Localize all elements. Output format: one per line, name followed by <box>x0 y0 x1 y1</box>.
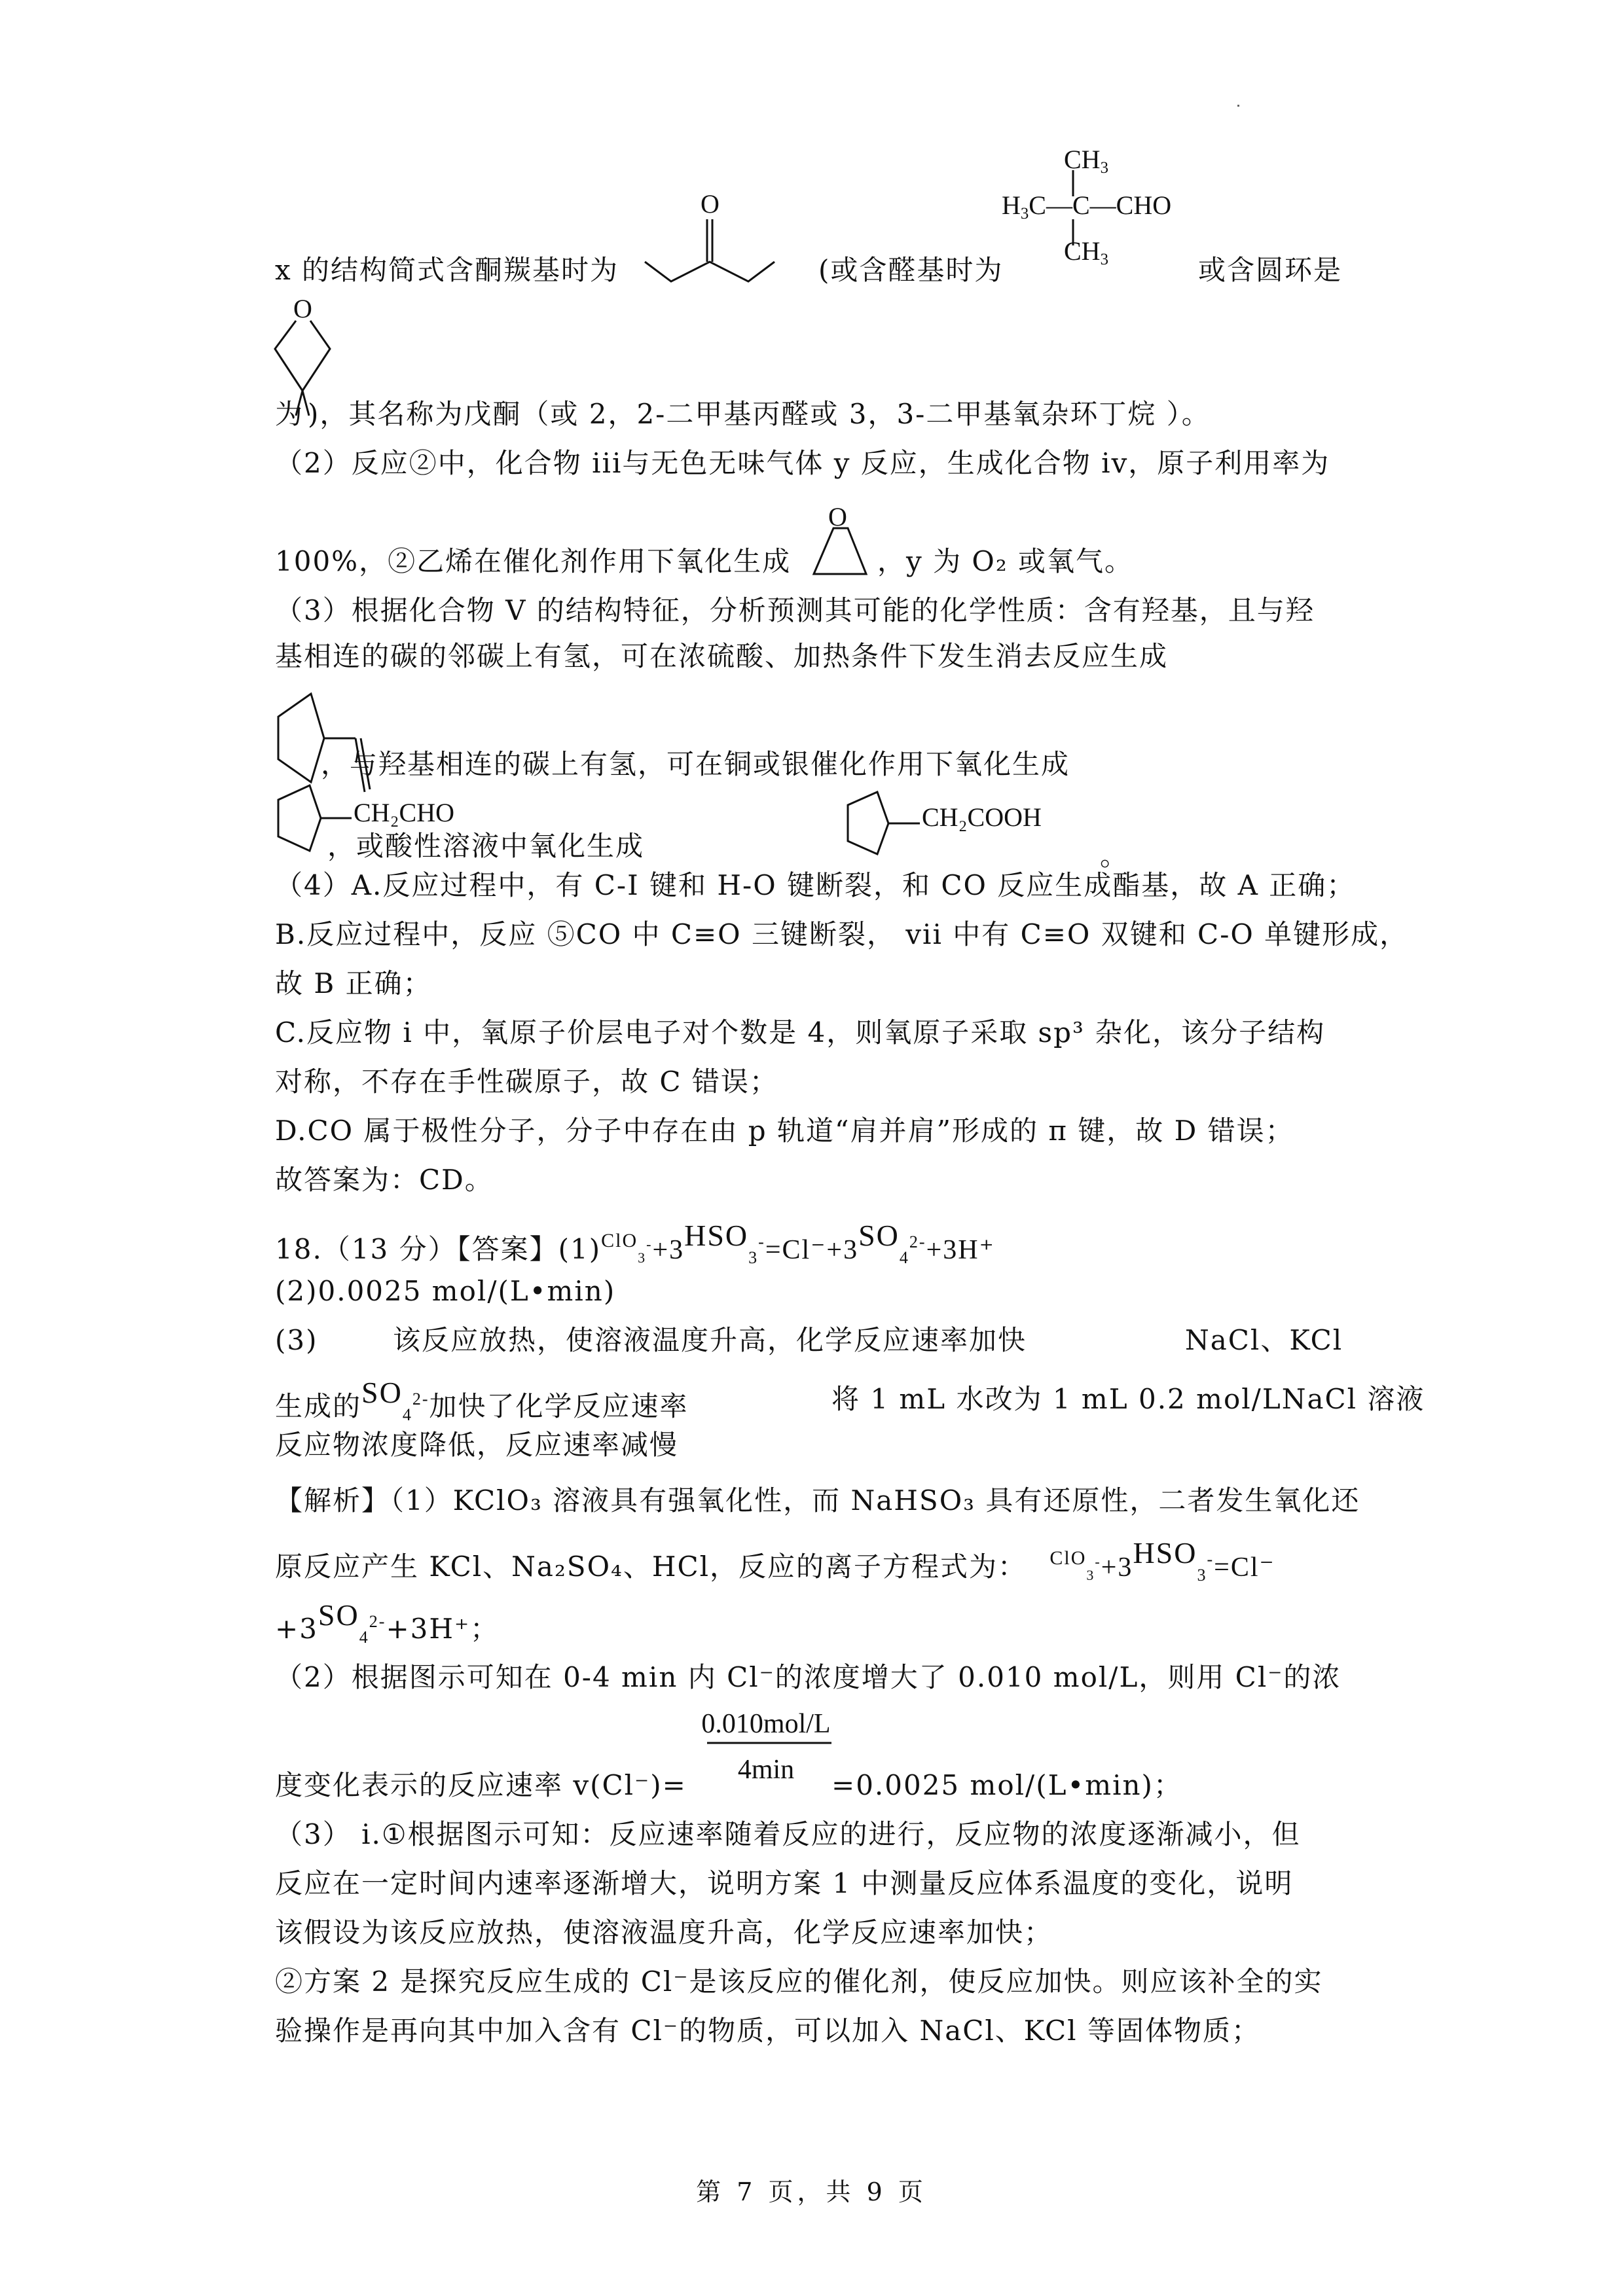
text-line: 基相连的碳的邻碳上有氢，可在浓硫酸、加热条件下发生消去反应生成 <box>275 638 1168 675</box>
text-line: （2）根据图示可知在 0-4 min 内 Cl⁻的浓度增大了 0.010 mol… <box>275 1659 1341 1696</box>
fraction-numerator: 0.010mol/L <box>701 1708 831 1740</box>
fraction-bar <box>707 1741 838 1745</box>
ketone-structure-icon: O <box>645 190 776 281</box>
text-line: NaCl、KCl <box>1185 1322 1343 1359</box>
text-line: (3) <box>275 1322 318 1359</box>
text-line: 度变化表示的反应速率 v(Cl⁻)= <box>275 1767 687 1804</box>
text-line: D.CO 属于极性分子，分子中存在由 p 轨道“肩并肩”形成的 π 键，故 D … <box>275 1113 1294 1149</box>
ch2cho-label: CH₂CHO <box>354 797 454 828</box>
sulfate-ion: SO42- <box>318 1604 386 1656</box>
ion-equation: ClO3-+3HSO3-=Cl⁻ <box>1049 1541 1275 1594</box>
text-line: 将 1 mL 水改为 1 mL 0.2 mol/LNaCl 溶液 <box>831 1381 1425 1418</box>
stray-mark <box>1237 105 1239 107</box>
text-line: 【解析】（1）KClO₃ 溶液具有强氧化性，而 NaHSO₃ 具有还原性，二者发… <box>275 1482 1360 1519</box>
document-page: x 的结构简式含酮羰基时为 O (或含醛基时为 CH3 H3C—C—CHO CH… <box>0 0 1623 2296</box>
page-footer: 第 7 页，共 9 页 <box>0 2172 1623 2208</box>
text-line: =0.0025 mol/(L•min)； <box>831 1767 1182 1804</box>
sulfate-ion: SO42- <box>361 1381 429 1433</box>
text-line: （3）根据化合物 V 的结构特征，分析预测其可能的化学性质：含有羟基，且与羟 <box>275 592 1315 629</box>
svg-text:O: O <box>828 502 847 531</box>
text-line: ②方案 2 是探究反应生成的 Cl⁻是该反应的催化剂，使反应加快。则应该补全的实 <box>275 1964 1323 2000</box>
text-line: ，与羟基相连的碳上有氢，可在铜或银催化作用下氧化生成 <box>321 746 1070 783</box>
question-title: 18.（13 分）【答案】(1) <box>275 1233 601 1265</box>
svg-text:O: O <box>293 294 312 323</box>
text-line: 反应物浓度降低，反应速率减慢 <box>275 1427 678 1463</box>
text-line: C.反应物 i 中，氧原子价层电子对个数是 4，则氧原子采取 sp³ 杂化，该分… <box>275 1014 1325 1051</box>
text-line: (或含醛基时为 <box>818 252 1003 289</box>
text-line: x 的结构简式含酮羰基时为 <box>275 252 619 289</box>
ch2cooh-label: CH₂COOH <box>922 802 1042 833</box>
text-line: )，其名称为戊酮（或 2，2-二甲基丙醛或 3，3-二甲基氧杂环丁烷 ）。 <box>308 396 1211 433</box>
text-line: 或含圆环是 <box>1198 252 1342 289</box>
fraction-denominator: 4min <box>701 1754 831 1785</box>
text-line: +3SO42-+3H⁺； <box>275 1604 499 1656</box>
text-line: ，或酸性溶液中氧化生成 <box>327 828 644 865</box>
text-line: B.反应过程中，反应 ⑤CO 中 C≡O 三键断裂， vii 中有 C≡O 双键… <box>275 916 1408 953</box>
text-line: 该反应放热，使溶液温度升高，化学反应速率加快 <box>393 1322 1027 1359</box>
text-line: （4）A.反应过程中，有 C-I 键和 H-O 键断裂，和 CO 反应生成酯基，… <box>275 867 1355 904</box>
question-18-answer: 18.（13 分）【答案】(1)ClO3-+3HSO3-=Cl⁻+3SO42-+… <box>275 1224 995 1276</box>
text-line: 该假设为该反应放热，使溶液温度升高，化学反应速率加快； <box>275 1914 1053 1951</box>
text-line: ，y 为 O₂ 或氧气。 <box>877 543 1133 580</box>
text-line: 原反应产生 KCl、Na₂SO₄、HCl，反应的离子方程式为： ClO3-+3H… <box>275 1541 1275 1594</box>
cyclopentane-ring-icon <box>848 792 926 854</box>
text-line: (2)0.0025 mol/(L•min) <box>275 1273 615 1310</box>
text-line: 对称，不存在手性碳原子，故 C 错误； <box>275 1064 778 1100</box>
text-line: 反应在一定时间内速率逐渐增大，说明方案 1 中测量反应体系温度的变化，说明 <box>275 1865 1293 1902</box>
svg-text:O: O <box>701 189 720 219</box>
text-line: 故答案为：CD。 <box>275 1162 494 1198</box>
text-line: 故 B 正确； <box>275 965 432 1002</box>
text-line: 生成的SO42-加快了化学反应速率 <box>275 1381 689 1433</box>
text-line: 验操作是再向其中加入含有 Cl⁻的物质，可以加入 NaCl、KCl 等固体物质； <box>275 2013 1260 2049</box>
text-line: （3） i.①根据图示可知：反应速率随着反应的进行，反应物的浓度逐渐减小，但 <box>275 1816 1301 1853</box>
epoxide-structure-icon: O <box>809 501 874 566</box>
ion-equation: ClO3-+3HSO3-=Cl⁻+3SO42-+3H⁺ <box>601 1224 995 1276</box>
text-line: （2）反应②中，化合物 iii与无色无味气体 y 反应，生成化合物 iv，原子利… <box>275 445 1330 482</box>
text-line: 100%，②乙烯在催化剂作用下氧化生成 <box>275 543 791 580</box>
